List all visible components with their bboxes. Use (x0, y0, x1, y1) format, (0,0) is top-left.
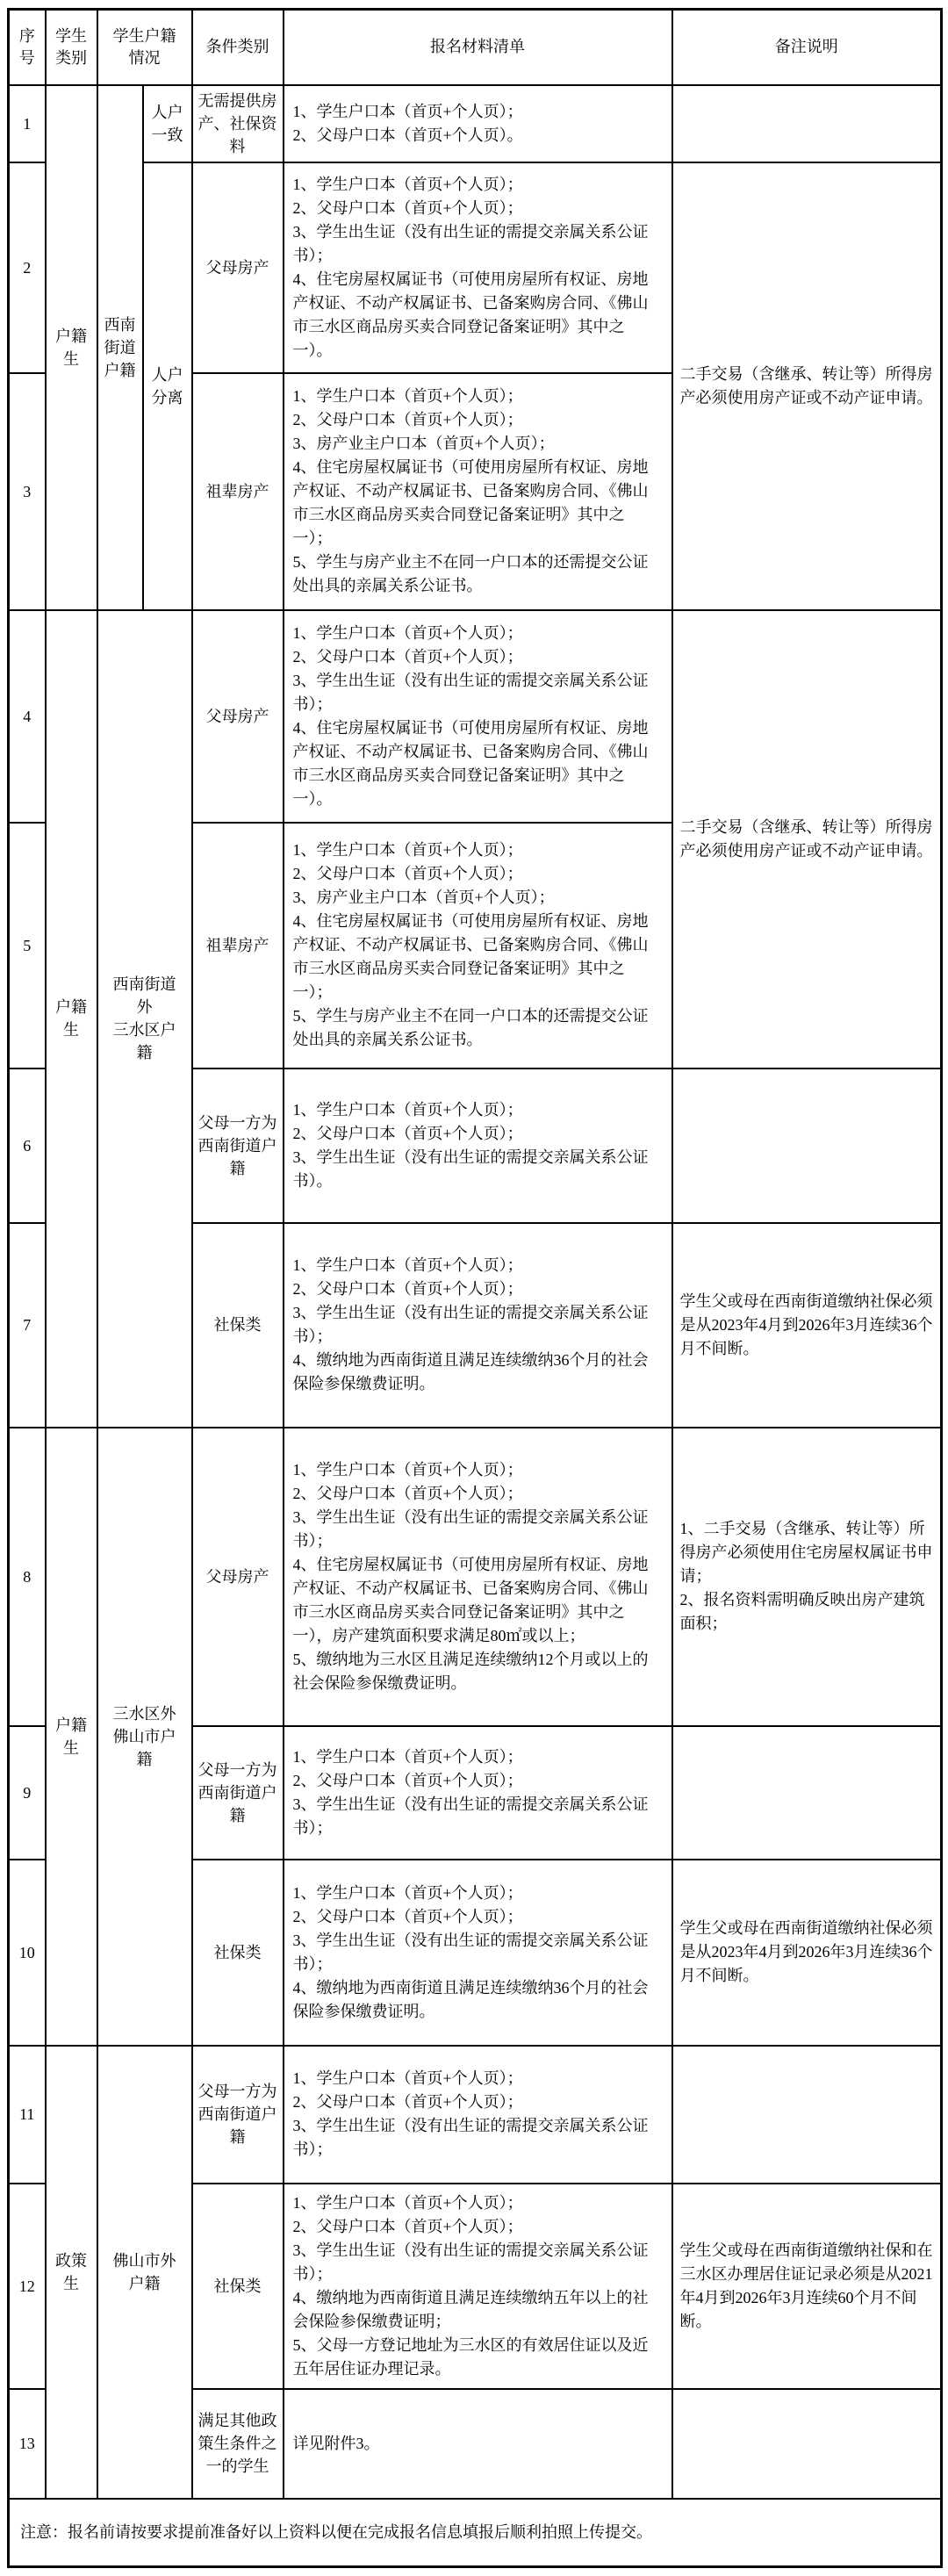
materials-cell: 1、学生户口本（首页+个人页）； 2、父母户口本（首页+个人页）； 3、学生出生… (284, 1223, 672, 1428)
condition-cell: 父母一方为西南街道户籍 (192, 1726, 284, 1860)
seq-cell: 6 (9, 1069, 46, 1223)
material-item: 1、学生户口本（首页+个人页）； (293, 1254, 663, 1277)
material-item: 2、父母户口本（首页+个人页）。 (293, 124, 663, 148)
materials-cell: 1、学生户口本（首页+个人页）； 2、父母户口本（首页+个人页）。 (284, 85, 672, 162)
header-materials: 报名材料清单 (284, 10, 672, 85)
material-item: 1、学生户口本（首页+个人页）； (293, 838, 663, 862)
material-item: 2、父母户口本（首页+个人页）； (293, 1482, 663, 1506)
condition-cell: 父母房产 (192, 610, 284, 823)
status-cell-renhu-fenli: 人户 分离 (143, 162, 192, 610)
materials-cell: 1、学生户口本（首页+个人页）； 2、父母户口本（首页+个人页）； 3、房产业主… (284, 823, 672, 1069)
material-item: 3、学生出生证（没有出生证的需提交亲属关系公证书）； (293, 1793, 663, 1840)
seq-cell: 7 (9, 1223, 46, 1428)
material-item: 3、学生出生证（没有出生证的需提交亲属关系公证书）； (293, 2114, 663, 2162)
table-row: 4 户籍 生 西南街道 外 三水区户 籍 父母房产 1、学生户口本（首页+个人页… (9, 610, 942, 823)
material-item: 2、父母户口本（首页+个人页）； (293, 2215, 663, 2239)
material-item: 1、学生户口本（首页+个人页）； (293, 1882, 663, 1905)
material-item: 2、父母户口本（首页+个人页）； (293, 408, 663, 432)
material-item: 4、缴纳地为西南街道且满足连续缴纳五年以上的社会保险参保缴费证明； (293, 2286, 663, 2334)
condition-cell: 父母房产 (192, 162, 284, 373)
material-item: 3、学生出生证（没有出生证的需提交亲属关系公证书）； (293, 669, 663, 716)
material-item: 4、住宅房屋权属证书（可使用房屋所有权证、房地产权证、不动产权属证书、已备案购房… (293, 268, 663, 363)
enrollment-materials-table: 序 号 学生 类别 学生户籍 情况 条件类别 报名材料清单 备注说明 1 户籍 … (7, 8, 943, 2568)
material-item: 4、住宅房屋权属证书（可使用房屋所有权证、房地产权证、不动产权属证书、已备案购房… (293, 456, 663, 550)
material-item: 4、住宅房屋权属证书（可使用房屋所有权证、房地产权证、不动产权属证书、已备案购房… (293, 910, 663, 1004)
status-cell-renhu-yizhi: 人户 一致 (143, 85, 192, 162)
material-item: 3、学生出生证（没有出生证的需提交亲属关系公证书）； (293, 220, 663, 268)
material-item: 5、学生与房产业主不在同一户口本的还需提交公证处出具的亲属关系公证书。 (293, 1004, 663, 1052)
header-remarks: 备注说明 (672, 10, 942, 85)
material-item: 3、学生出生证（没有出生证的需提交亲属关系公证书）； (293, 1301, 663, 1349)
material-item: 4、缴纳地为西南街道且满足连续缴纳36个月的社会保险参保缴费证明。 (293, 1349, 663, 1396)
material-item: 2、父母户口本（首页+个人页）； (293, 862, 663, 886)
material-item: 2、父母户口本（首页+个人页）； (293, 2090, 663, 2114)
remarks-cell: 学生父或母在西南街道缴纳社保必须是从2023年4月到2026年3月连续36个月不… (672, 1223, 942, 1428)
materials-cell: 1、学生户口本（首页+个人页）； 2、父母户口本（首页+个人页）； 3、房产业主… (284, 373, 672, 610)
material-item: 4、住宅房屋权属证书（可使用房屋所有权证、房地产权证、不动产权属证书、已备案购房… (293, 1553, 663, 1648)
material-item: 4、住宅房屋权属证书（可使用房屋所有权证、房地产权证、不动产权属证书、已备案购房… (293, 716, 663, 811)
condition-cell: 祖辈房产 (192, 373, 284, 610)
materials-cell: 1、学生户口本（首页+个人页）； 2、父母户口本（首页+个人页）； 3、学生出生… (284, 2046, 672, 2184)
remark-item: 学生父或母在西南街道缴纳社保必须是从2023年4月到2026年3月连续36个月不… (680, 1290, 934, 1361)
registration-cell-xinan: 西南 街道 户籍 (97, 85, 143, 610)
material-item: 详见附件3。 (293, 2432, 663, 2456)
material-item: 3、学生出生证（没有出生证的需提交亲属关系公证书）； (293, 2239, 663, 2286)
material-item: 3、学生出生证（没有出生证的需提交亲属关系公证书）。 (293, 1146, 663, 1193)
remarks-cell-empty (672, 1069, 942, 1223)
material-item: 1、学生户口本（首页+个人页）； (293, 622, 663, 645)
condition-cell: 父母一方为西南街道户籍 (192, 1069, 284, 1223)
document-page: 序 号 学生 类别 学生户籍 情况 条件类别 报名材料清单 备注说明 1 户籍 … (0, 0, 948, 2576)
category-cell-zhengcesheng: 政策 生 (46, 2046, 97, 2499)
table-row: 8 户籍 生 三水区外 佛山市户 籍 父母房产 1、学生户口本（首页+个人页）；… (9, 1428, 942, 1726)
table-row: 1 户籍 生 西南 街道 户籍 人户 一致 无需提供房产、社保资料 1、学生户口… (9, 85, 942, 162)
material-item: 5、父母一方登记地址为三水区的有效居住证以及近五年居住证办理记录。 (293, 2334, 663, 2381)
table-row: 2 人户 分离 父母房产 1、学生户口本（首页+个人页）； 2、父母户口本（首页… (9, 162, 942, 373)
footer-row: 注意：报名前请按要求提前准备好以上资料以便在完成报名信息填报后顺利拍照上传提交。 (9, 2499, 942, 2567)
seq-cell: 3 (9, 373, 46, 610)
condition-cell: 无需提供房产、社保资料 (192, 85, 284, 162)
category-cell-hujisheng-2: 户籍 生 (46, 610, 97, 1428)
header-condition: 条件类别 (192, 10, 284, 85)
material-item: 1、学生户口本（首页+个人页）； (293, 2067, 663, 2090)
material-item: 1、学生户口本（首页+个人页）； (293, 173, 663, 197)
condition-cell: 社保类 (192, 2184, 284, 2389)
seq-cell: 4 (9, 610, 46, 823)
materials-cell: 1、学生户口本（首页+个人页）； 2、父母户口本（首页+个人页）； 3、学生出生… (284, 1726, 672, 1860)
condition-cell: 社保类 (192, 1860, 284, 2046)
remarks-cell: 学生父或母在西南街道缴纳社保必须是从2023年4月到2026年3月连续36个月不… (672, 1860, 942, 2046)
seq-cell: 2 (9, 162, 46, 373)
seq-cell: 10 (9, 1860, 46, 2046)
material-item: 3、学生出生证（没有出生证的需提交亲属关系公证书）； (293, 1929, 663, 1976)
registration-cell-sanshui: 西南街道 外 三水区户 籍 (97, 610, 192, 1428)
materials-cell: 1、学生户口本（首页+个人页）； 2、父母户口本（首页+个人页）； 3、学生出生… (284, 162, 672, 373)
condition-cell: 父母一方为西南街道户籍 (192, 2046, 284, 2184)
remarks-cell-empty (672, 1726, 942, 1860)
remark-item: 学生父或母在西南街道缴纳社保和在三水区办理居住证记录必须是从2021年4月到20… (680, 2239, 934, 2334)
footer-note: 注意：报名前请按要求提前准备好以上资料以便在完成报名信息填报后顺利拍照上传提交。 (9, 2499, 942, 2567)
registration-cell-foshanwai: 佛山市外 户籍 (97, 2046, 192, 2499)
material-item: 2、父母户口本（首页+个人页）； (293, 1905, 663, 1929)
condition-cell: 社保类 (192, 1223, 284, 1428)
material-item: 1、学生户口本（首页+个人页）； (293, 1458, 663, 1482)
material-item: 5、学生与房产业主不在同一户口本的还需提交公证处出具的亲属关系公证书。 (293, 550, 663, 598)
condition-cell: 满足其他政策生条件之一的学生 (192, 2389, 284, 2499)
header-row: 序 号 学生 类别 学生户籍 情况 条件类别 报名材料清单 备注说明 (9, 10, 942, 85)
materials-cell: 详见附件3。 (284, 2389, 672, 2499)
seq-cell: 9 (9, 1726, 46, 1860)
material-item: 1、学生户口本（首页+个人页）； (293, 1098, 663, 1122)
remarks-cell-empty (672, 2046, 942, 2184)
materials-cell: 1、学生户口本（首页+个人页）； 2、父母户口本（首页+个人页）； 3、学生出生… (284, 610, 672, 823)
category-cell-hujisheng-1: 户籍 生 (46, 85, 97, 610)
seq-cell: 12 (9, 2184, 46, 2389)
material-item: 2、父母户口本（首页+个人页）； (293, 1122, 663, 1146)
material-item: 2、父母户口本（首页+个人页）； (293, 197, 663, 220)
header-seq: 序 号 (9, 10, 46, 85)
remarks-cell-empty (672, 85, 942, 162)
material-item: 2、父母户口本（首页+个人页）； (293, 1769, 663, 1793)
remark-item: 1、二手交易（含继承、转让等）所得房产必须使用住宅房屋权属证书申请； (680, 1517, 934, 1588)
remarks-cell: 学生父或母在西南街道缴纳社保和在三水区办理居住证记录必须是从2021年4月到20… (672, 2184, 942, 2389)
materials-cell: 1、学生户口本（首页+个人页）； 2、父母户口本（首页+个人页）； 3、学生出生… (284, 1069, 672, 1223)
seq-cell: 1 (9, 85, 46, 162)
materials-cell: 1、学生户口本（首页+个人页）； 2、父母户口本（首页+个人页）； 3、学生出生… (284, 1428, 672, 1726)
remarks-cell-merged-2-3: 二手交易（含继承、转让等）所得房产必须使用房产证或不动产证申请。 (672, 162, 942, 610)
header-category: 学生 类别 (46, 10, 97, 85)
category-cell-hujisheng-3: 户籍 生 (46, 1428, 97, 2046)
materials-cell: 1、学生户口本（首页+个人页）； 2、父母户口本（首页+个人页）； 3、学生出生… (284, 2184, 672, 2389)
seq-cell: 5 (9, 823, 46, 1069)
seq-cell: 11 (9, 2046, 46, 2184)
remarks-cell: 1、二手交易（含继承、转让等）所得房产必须使用住宅房屋权属证书申请； 2、报名资… (672, 1428, 942, 1726)
remark-item: 学生父或母在西南街道缴纳社保必须是从2023年4月到2026年3月连续36个月不… (680, 1917, 934, 1988)
remarks-cell-merged-4-5: 二手交易（含继承、转让等）所得房产必须使用房产证或不动产证申请。 (672, 610, 942, 1069)
header-registration: 学生户籍 情况 (97, 10, 192, 85)
remark-item: 2、报名资料需明确反映出房产建筑面积； (680, 1588, 934, 1636)
registration-cell-foshan: 三水区外 佛山市户 籍 (97, 1428, 192, 2046)
material-item: 3、学生出生证（没有出生证的需提交亲属关系公证书）； (293, 1506, 663, 1553)
condition-cell: 祖辈房产 (192, 823, 284, 1069)
material-item: 1、学生户口本（首页+个人页）； (293, 385, 663, 408)
seq-cell: 8 (9, 1428, 46, 1726)
material-item: 5、缴纳地为三水区且满足连续缴纳12个月或以上的社会保险参保缴费证明。 (293, 1648, 663, 1695)
material-item: 3、房产业主户口本（首页+个人页）； (293, 886, 663, 910)
material-item: 4、缴纳地为西南街道且满足连续缴纳36个月的社会保险参保缴费证明。 (293, 1976, 663, 2024)
material-item: 1、学生户口本（首页+个人页）； (293, 1745, 663, 1769)
materials-cell: 1、学生户口本（首页+个人页）； 2、父母户口本（首页+个人页）； 3、学生出生… (284, 1860, 672, 2046)
material-item: 3、房产业主户口本（首页+个人页）； (293, 432, 663, 456)
material-item: 2、父母户口本（首页+个人页）； (293, 645, 663, 669)
condition-cell: 父母房产 (192, 1428, 284, 1726)
material-item: 1、学生户口本（首页+个人页）； (293, 100, 663, 124)
remarks-cell-empty (672, 2389, 942, 2499)
material-item: 1、学生户口本（首页+个人页）； (293, 2191, 663, 2215)
seq-cell: 13 (9, 2389, 46, 2499)
table-row: 11 政策 生 佛山市外 户籍 父母一方为西南街道户籍 1、学生户口本（首页+个… (9, 2046, 942, 2184)
material-item: 2、父母户口本（首页+个人页）； (293, 1277, 663, 1301)
